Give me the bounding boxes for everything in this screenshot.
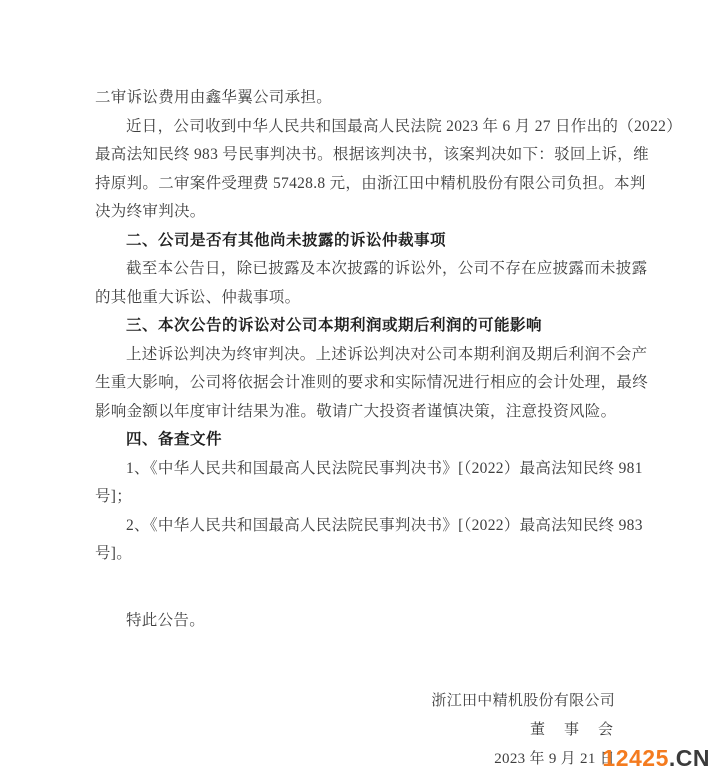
document-body: 二审诉讼费用由鑫华翼公司承担。近日，公司收到中华人民共和国最高人民法院 2023… [95, 84, 628, 569]
document-line: 近日，公司收到中华人民共和国最高人民法院 2023 年 6 月 27 日作出的（… [95, 113, 628, 142]
document-line: 二、公司是否有其他尚未披露的诉讼仲裁事项 [95, 227, 628, 256]
document-line: 号]。 [95, 540, 628, 569]
document-content: 二审诉讼费用由鑫华翼公司承担。近日，公司收到中华人民共和国最高人民法院 2023… [95, 84, 628, 774]
document-line: 号]； [95, 483, 628, 512]
document-line: 2、《中华人民共和国最高人民法院民事判决书》[（2022）最高法知民终 983 [95, 512, 628, 541]
document-line: 截至本公告日，除已披露及本次披露的诉讼外，公司不存在应披露而未披露 [95, 255, 628, 284]
watermark: 12425.CN [602, 745, 710, 772]
document-line: 最高法知民终 983 号民事判决书。根据该判决书，该案判决如下：驳回上诉，维 [95, 141, 628, 170]
document-line: 的其他重大诉讼、仲裁事项。 [95, 284, 628, 313]
document-line: 决为终审判决。 [95, 198, 628, 227]
signature-block: 浙江田中精机股份有限公司 董 事 会 2023 年 9 月 21 日 [95, 687, 628, 774]
signature-board: 董 事 会 [95, 716, 615, 745]
document-line: 影响金额以年度审计结果为准。敬请广大投资者谨慎决策，注意投资风险。 [95, 398, 628, 427]
document-line: 持原判。二审案件受理费 57428.8 元，由浙江田中精机股份有限公司负担。本判 [95, 170, 628, 199]
document-line: 生重大影响，公司将依据会计准则的要求和实际情况进行相应的会计处理，最终 [95, 369, 628, 398]
document-line: 四、备查文件 [95, 426, 628, 455]
signature-company: 浙江田中精机股份有限公司 [95, 687, 615, 716]
document-page: 二审诉讼费用由鑫华翼公司承担。近日，公司收到中华人民共和国最高人民法院 2023… [0, 0, 720, 784]
document-line: 1、《中华人民共和国最高人民法院民事判决书》[（2022）最高法知民终 981 [95, 455, 628, 484]
document-line: 二审诉讼费用由鑫华翼公司承担。 [95, 84, 628, 113]
document-line: 上述诉讼判决为终审判决。上述诉讼判决对公司本期利润及期后利润不会产 [95, 341, 628, 370]
document-line: 三、本次公告的诉讼对公司本期利润或期后利润的可能影响 [95, 312, 628, 341]
watermark-number: 12425 [602, 745, 668, 771]
closing-statement: 特此公告。 [95, 607, 628, 636]
signature-date: 2023 年 9 月 21 日 [95, 745, 615, 774]
watermark-suffix: .CN [669, 745, 710, 771]
